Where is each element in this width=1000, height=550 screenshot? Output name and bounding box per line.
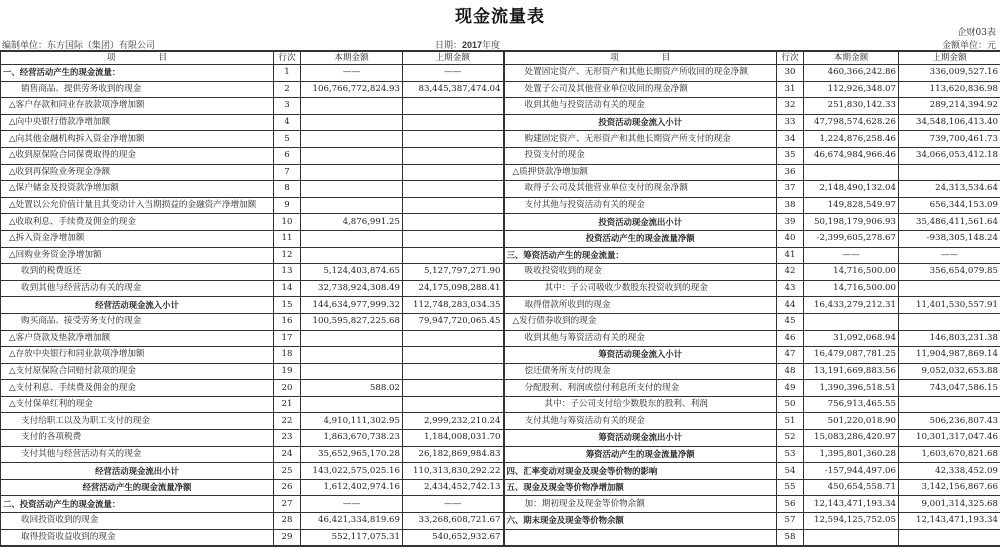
previous-amount: 5,127,797,271.90	[403, 264, 504, 281]
line-number: 10	[274, 214, 301, 231]
line-item-label: 支付其他与经营活动有关的现金	[1, 446, 274, 463]
line-number: 39	[777, 214, 804, 231]
table-row: △支付原保险合同赔付款项的现金19偿还债务所支付的现金4813,191,669,…	[1, 363, 1000, 380]
current-amount: -2,399,605,278.67	[804, 230, 899, 247]
previous-amount: 10,301,317,047.46	[899, 430, 1000, 447]
line-item-label: 支付其他与投资活动有关的现金	[504, 197, 777, 214]
table-row: △向中央银行借款净增加额4投资活动现金流入小计3347,798,574,628.…	[1, 114, 1000, 131]
table-body: 一、经营活动产生的现金流量：1————处置固定资产、无形资产和其他长期资产所收回…	[1, 65, 1000, 547]
line-item-label: 经营活动产生的现金流量净额	[1, 479, 274, 496]
line-item-label: 经营活动现金流入小计	[1, 297, 274, 314]
table-row: △存放中央银行和同业款项净增加额18筹资活动现金流入小计4716,479,087…	[1, 347, 1000, 364]
line-item-label: 处置固定资产、无形资产和其他长期资产所收回的现金净额	[504, 65, 777, 82]
previous-amount: 112,748,283,034.35	[403, 297, 504, 314]
previous-amount: ——	[403, 65, 504, 82]
current-amount: 1,863,670,738.23	[301, 430, 403, 447]
line-item-label: △收取利息、手续费及佣金的现金	[1, 214, 274, 231]
previous-amount	[403, 330, 504, 347]
line-item-label: △支付保单红利的现金	[1, 396, 274, 413]
current-amount: 112,926,348.07	[804, 81, 899, 98]
current-amount: 588.02	[301, 380, 403, 397]
current-amount: 46,674,984,966.46	[804, 147, 899, 164]
table-row: 支付其他与经营活动有关的现金2435,652,965,170.2826,182,…	[1, 446, 1000, 463]
current-amount: 106,766,772,824.93	[301, 81, 403, 98]
line-number: 14	[274, 280, 301, 297]
current-amount: 143,022,575,025.16	[301, 463, 403, 480]
line-item-label: 六、期末现金及现金等价物余额	[504, 513, 777, 530]
table-header-row: 项 目 行次 本期金额 上期金额 项 目 行次 本期金额 上期金额	[1, 51, 1000, 65]
current-amount: 100,595,827,225.68	[301, 313, 403, 330]
line-number: 48	[777, 363, 804, 380]
previous-amount: 2,999,232,210.24	[403, 413, 504, 430]
previous-amount	[403, 131, 504, 148]
line-item-label: 经营活动现金流出小计	[1, 463, 274, 480]
line-number: 43	[777, 280, 804, 297]
current-amount: 552,117,075.31	[301, 529, 403, 546]
line-item-label: 收回投资收到的现金	[1, 513, 274, 530]
current-amount: 251,830,142.33	[804, 98, 899, 115]
line-number: 7	[274, 164, 301, 181]
table-row: 购买商品、接受劳务支付的现金16100,595,827,225.6879,947…	[1, 313, 1000, 330]
previous-amount: 1,603,670,821.68	[899, 446, 1000, 463]
previous-amount	[403, 98, 504, 115]
table-row: 销售商品、提供劳务收到的现金2106,766,772,824.9383,445,…	[1, 81, 1000, 98]
current-amount	[804, 313, 899, 330]
current-amount: 14,716,500.00	[804, 280, 899, 297]
current-amount: 460,366,242.86	[804, 65, 899, 82]
previous-amount: 656,344,153.09	[899, 197, 1000, 214]
current-amount: 149,828,549.97	[804, 197, 899, 214]
line-item-label: △客户贷款及垫款净增加额	[1, 330, 274, 347]
line-number: 28	[274, 513, 301, 530]
current-amount: 14,716,500.00	[804, 264, 899, 281]
current-amount: 15,083,286,420.97	[804, 430, 899, 447]
line-number: 13	[274, 264, 301, 281]
col-header-current: 本期金额	[804, 51, 899, 65]
line-number: 51	[777, 413, 804, 430]
current-amount: 501,220,018.90	[804, 413, 899, 430]
current-amount: 31,092,068.94	[804, 330, 899, 347]
table-row: 一、经营活动产生的现金流量：1————处置固定资产、无形资产和其他长期资产所收回…	[1, 65, 1000, 82]
line-item-label: 吸收投资收到的现金	[504, 264, 777, 281]
line-number: 21	[274, 396, 301, 413]
line-number: 31	[777, 81, 804, 98]
line-number: 2	[274, 81, 301, 98]
line-item-label: 其中：子公司支付给少数股东的股利、利润	[504, 396, 777, 413]
line-item-label: △回购业务资金净增加额	[1, 247, 274, 264]
line-number: 55	[777, 479, 804, 496]
table-row: 收回投资收到的现金2846,421,334,819.6933,268,608,7…	[1, 513, 1000, 530]
line-item-label: 分配股利、利润或偿付利息所支付的现金	[504, 380, 777, 397]
line-number: 32	[777, 98, 804, 115]
line-number: 30	[777, 65, 804, 82]
date-year: 2017	[462, 40, 482, 50]
report-title: 现金流量表	[0, 2, 1000, 27]
line-number: 46	[777, 330, 804, 347]
line-item-label: 支付给职工以及为职工支付的现金	[1, 413, 274, 430]
previous-amount: 11,401,530,557.91	[899, 297, 1000, 314]
line-item-label: 加：期初现金及现金等价物余额	[504, 496, 777, 513]
line-item-label: 五、现金及现金等价物净增加额	[504, 479, 777, 496]
line-item-label: 收到其他与筹资活动有关的现金	[504, 330, 777, 347]
previous-amount: 506,236,807.43	[899, 413, 1000, 430]
line-item-label: △质押贷款净增加额	[504, 164, 777, 181]
previous-amount: 42,338,452.09	[899, 463, 1000, 480]
previous-amount	[403, 181, 504, 198]
line-item-label: △收到原保险合同保费取得的现金	[1, 147, 274, 164]
line-number: 56	[777, 496, 804, 513]
previous-amount: 739,700,461.73	[899, 131, 1000, 148]
col-header-row-no: 行次	[777, 51, 804, 65]
line-item-label: 支付的各项税费	[1, 430, 274, 447]
previous-amount	[403, 396, 504, 413]
current-amount	[301, 181, 403, 198]
line-number: 1	[274, 65, 301, 82]
line-number: 8	[274, 181, 301, 198]
line-item-label: 收到其他与投资活动有关的现金	[504, 98, 777, 115]
line-number: 27	[274, 496, 301, 513]
current-amount	[301, 347, 403, 364]
line-number: 47	[777, 347, 804, 364]
current-amount: ——	[804, 247, 899, 264]
previous-amount	[899, 164, 1000, 181]
line-number: 17	[274, 330, 301, 347]
col-header-current: 本期金额	[301, 51, 403, 65]
current-amount: -157,944,497.06	[804, 463, 899, 480]
current-amount: 1,224,876,258.46	[804, 131, 899, 148]
current-amount	[301, 330, 403, 347]
line-item-label: △存放中央银行和同业款项净增加额	[1, 347, 274, 364]
line-number: 34	[777, 131, 804, 148]
previous-amount	[403, 114, 504, 131]
line-item-label	[504, 529, 777, 546]
line-number: 11	[274, 230, 301, 247]
line-item-label: △支付利息、手续费及佣金的现金	[1, 380, 274, 397]
table-row: 收到的税费返还135,124,403,874.655,127,797,271.9…	[1, 264, 1000, 281]
previous-amount: 35,486,411,561.64	[899, 214, 1000, 231]
line-number: 44	[777, 297, 804, 314]
line-item-label: 投资活动现金流出小计	[504, 214, 777, 231]
line-number: 22	[274, 413, 301, 430]
previous-amount	[899, 529, 1000, 546]
previous-amount	[403, 230, 504, 247]
table-row: △拆入资金净增加额11投资活动产生的现金流量净额40-2,399,605,278…	[1, 230, 1000, 247]
line-item-label: 购买商品、接受劳务支付的现金	[1, 313, 274, 330]
previous-amount	[403, 164, 504, 181]
line-number: 16	[274, 313, 301, 330]
line-item-label: 四、汇率变动对现金及现金等价物的影响	[504, 463, 777, 480]
line-item-label: 二、投资活动产生的现金流量：	[1, 496, 274, 513]
current-amount: 50,198,179,906.93	[804, 214, 899, 231]
line-number: 3	[274, 98, 301, 115]
table-row: △保户储金及投资款净增加额8取得子公司及其他营业单位支付的现金净额372,148…	[1, 181, 1000, 198]
col-header-previous: 上期金额	[899, 51, 1000, 65]
current-amount: 16,433,279,212.31	[804, 297, 899, 314]
line-item-label: 收到的税费返还	[1, 264, 274, 281]
table-row: △收到原保险合同保费取得的现金6投资支付的现金3546,674,984,966.…	[1, 147, 1000, 164]
line-item-label: 投资支付的现金	[504, 147, 777, 164]
previous-amount	[403, 247, 504, 264]
previous-amount: 336,009,527.16	[899, 65, 1000, 82]
previous-amount: 26,182,869,984.83	[403, 446, 504, 463]
table-row: 经营活动现金流入小计15144,634,977,999.32112,748,28…	[1, 297, 1000, 314]
line-item-label: 取得投资收益收到的现金	[1, 529, 274, 546]
line-number: 37	[777, 181, 804, 198]
current-amount: 4,876,991.25	[301, 214, 403, 231]
current-amount: 16,479,087,781.25	[804, 347, 899, 364]
previous-amount: 743,047,586.15	[899, 380, 1000, 397]
current-amount	[301, 114, 403, 131]
line-item-label: 收到其他与经营活动有关的现金	[1, 280, 274, 297]
line-number: 45	[777, 313, 804, 330]
line-number: 19	[274, 363, 301, 380]
previous-amount: -938,305,148.24	[899, 230, 1000, 247]
line-number: 6	[274, 147, 301, 164]
report-meta: 编制单位：东方国际（集团）有限公司 日期：2017年度 金额单位：元	[0, 38, 1000, 50]
line-item-label: △保户储金及投资款净增加额	[1, 181, 274, 198]
previous-amount: 24,313,534.64	[899, 181, 1000, 198]
form-number: 企财03表	[958, 25, 996, 38]
previous-amount: 9,052,032,653.88	[899, 363, 1000, 380]
col-header-item: 项 目	[504, 51, 777, 65]
table-row: 支付的各项税费231,863,670,738.231,184,008,031.7…	[1, 430, 1000, 447]
line-number: 38	[777, 197, 804, 214]
line-item-label: △支付原保险合同赔付款项的现金	[1, 363, 274, 380]
current-amount: 46,421,334,819.69	[301, 513, 403, 530]
line-item-label: 取得借款所收到的现金	[504, 297, 777, 314]
previous-amount: 2,434,452,742.13	[403, 479, 504, 496]
line-number: 41	[777, 247, 804, 264]
line-item-label: △客户存款和同业存放款项净增加额	[1, 98, 274, 115]
current-amount: 2,148,490,132.04	[804, 181, 899, 198]
line-item-label: 取得子公司及其他营业单位支付的现金净额	[504, 181, 777, 198]
line-item-label: 一、经营活动产生的现金流量：	[1, 65, 274, 82]
line-number: 35	[777, 147, 804, 164]
previous-amount: ——	[403, 496, 504, 513]
table-row: △客户存款和同业存放款项净增加额3收到其他与投资活动有关的现金32251,830…	[1, 98, 1000, 115]
col-header-previous: 上期金额	[403, 51, 504, 65]
cash-flow-table: 项 目 行次 本期金额 上期金额 项 目 行次 本期金额 上期金额 一、经营活动…	[0, 50, 1000, 547]
previous-amount: 113,620,836.98	[899, 81, 1000, 98]
current-amount: 47,798,574,628.26	[804, 114, 899, 131]
previous-amount: 3,142,156,867.66	[899, 479, 1000, 496]
table-row: △客户贷款及垫款净增加额17收到其他与筹资活动有关的现金4631,092,068…	[1, 330, 1000, 347]
previous-amount	[403, 214, 504, 231]
current-amount: 4,910,111,302.95	[301, 413, 403, 430]
line-item-label: 筹资活动现金流出小计	[504, 430, 777, 447]
previous-amount	[403, 197, 504, 214]
line-number: 12	[274, 247, 301, 264]
line-item-label: 购建固定资产、无形资产和其他长期资产所支付的现金	[504, 131, 777, 148]
line-item-label: △向其他金融机构拆入资金净增加额	[1, 131, 274, 148]
table-row: 经营活动现金流出小计25143,022,575,025.16110,313,83…	[1, 463, 1000, 480]
table-row: △支付利息、手续费及佣金的现金20588.02分配股利、利润或偿付利息所支付的现…	[1, 380, 1000, 397]
previous-amount: ——	[899, 247, 1000, 264]
current-amount	[804, 529, 899, 546]
previous-amount	[899, 313, 1000, 330]
table-row: △向其他金融机构拆入资金净增加额5购建固定资产、无形资产和其他长期资产所支付的现…	[1, 131, 1000, 148]
previous-amount: 83,445,387,474.04	[403, 81, 504, 98]
line-number: 33	[777, 114, 804, 131]
line-item-label: 投资活动现金流入小计	[504, 114, 777, 131]
current-amount: 12,594,125,752.05	[804, 513, 899, 530]
line-number: 36	[777, 164, 804, 181]
table-row: △收到再保险业务现金净额7△质押贷款净增加额36	[1, 164, 1000, 181]
previous-amount	[899, 280, 1000, 297]
table-row: 经营活动产生的现金流量净额261,612,402,974.162,434,452…	[1, 479, 1000, 496]
table-row: 二、投资活动产生的现金流量：27————加：期初现金及现金等价物余额5612,1…	[1, 496, 1000, 513]
previous-amount: 11,904,987,869.14	[899, 347, 1000, 364]
table-row: △支付保单红利的现金21其中：子公司支付给少数股东的股利、利润50756,913…	[1, 396, 1000, 413]
current-amount	[301, 230, 403, 247]
line-item-label: 筹资活动现金流入小计	[504, 347, 777, 364]
table-row: 收到其他与经营活动有关的现金1432,738,924,308.4924,175,…	[1, 280, 1000, 297]
line-item-label: 偿还债务所支付的现金	[504, 363, 777, 380]
col-header-item: 项 目	[1, 51, 274, 65]
line-number: 20	[274, 380, 301, 397]
previous-amount: 9,001,314,325.68	[899, 496, 1000, 513]
line-item-label: △拆入资金净增加额	[1, 230, 274, 247]
line-number: 50	[777, 396, 804, 413]
line-item-label: △向中央银行借款净增加额	[1, 114, 274, 131]
line-number: 57	[777, 513, 804, 530]
previous-amount: 110,313,830,292.22	[403, 463, 504, 480]
previous-amount	[899, 396, 1000, 413]
line-number: 18	[274, 347, 301, 364]
previous-amount	[403, 347, 504, 364]
line-item-label: 销售商品、提供劳务收到的现金	[1, 81, 274, 98]
line-number: 53	[777, 446, 804, 463]
line-number: 58	[777, 529, 804, 546]
current-amount	[301, 98, 403, 115]
current-amount: ——	[301, 65, 403, 82]
current-amount: 1,612,402,974.16	[301, 479, 403, 496]
line-number: 9	[274, 197, 301, 214]
line-number: 26	[274, 479, 301, 496]
table-row: 取得投资收益收到的现金29552,117,075.31540,652,932.6…	[1, 529, 1000, 546]
current-amount	[804, 164, 899, 181]
line-number: 15	[274, 297, 301, 314]
current-amount: 12,143,471,193.34	[804, 496, 899, 513]
line-number: 23	[274, 430, 301, 447]
line-number: 40	[777, 230, 804, 247]
line-item-label: 处置子公司及其他营业单位收回的现金净额	[504, 81, 777, 98]
current-amount: 5,124,403,874.65	[301, 264, 403, 281]
previous-amount: 540,652,932.67	[403, 529, 504, 546]
table-row: △收取利息、手续费及佣金的现金104,876,991.25投资活动现金流出小计3…	[1, 214, 1000, 231]
current-amount: 144,634,977,999.32	[301, 297, 403, 314]
line-item-label: △发行债券收到的现金	[504, 313, 777, 330]
line-number: 29	[274, 529, 301, 546]
previous-amount: 33,268,608,721.67	[403, 513, 504, 530]
table-row: △回购业务资金净增加额12三、筹资活动产生的现金流量：41————	[1, 247, 1000, 264]
line-number: 5	[274, 131, 301, 148]
previous-amount: 1,184,008,031.70	[403, 430, 504, 447]
line-number: 4	[274, 114, 301, 131]
table-row: △处置以公允价值计量且其变动计入当期损益的金融资产净增加额9支付其他与投资活动有…	[1, 197, 1000, 214]
current-amount: 13,191,669,883.56	[804, 363, 899, 380]
previous-amount: 34,548,106,413.40	[899, 114, 1000, 131]
line-item-label: △处置以公允价值计量且其变动计入当期损益的金融资产净增加额	[1, 197, 274, 214]
current-amount	[301, 197, 403, 214]
line-number: 25	[274, 463, 301, 480]
current-amount: 756,913,465.55	[804, 396, 899, 413]
previous-amount: 79,947,720,065.45	[403, 313, 504, 330]
current-amount	[301, 396, 403, 413]
current-amount: 1,390,396,518.51	[804, 380, 899, 397]
line-number: 24	[274, 446, 301, 463]
current-amount: 32,738,924,308.49	[301, 280, 403, 297]
previous-amount: 146,803,231.38	[899, 330, 1000, 347]
current-amount	[301, 164, 403, 181]
line-item-label: 筹资活动产生的现金流量净额	[504, 446, 777, 463]
line-item-label: 投资活动产生的现金流量净额	[504, 230, 777, 247]
previous-amount: 289,214,394.92	[899, 98, 1000, 115]
current-amount: ——	[301, 496, 403, 513]
current-amount: 1,395,801,360.28	[804, 446, 899, 463]
current-amount	[301, 147, 403, 164]
table-row: 支付给职工以及为职工支付的现金224,910,111,302.952,999,2…	[1, 413, 1000, 430]
current-amount	[301, 131, 403, 148]
previous-amount: 34,066,053,412.18	[899, 147, 1000, 164]
previous-amount: 356,654,079.85	[899, 264, 1000, 281]
previous-amount: 24,175,098,288.41	[403, 280, 504, 297]
previous-amount: 12,143,471,193.34	[899, 513, 1000, 530]
current-amount	[301, 247, 403, 264]
line-item-label: 支付其他与筹资活动有关的现金	[504, 413, 777, 430]
line-item-label: △收到再保险业务现金净额	[1, 164, 274, 181]
previous-amount	[403, 147, 504, 164]
line-number: 52	[777, 430, 804, 447]
line-item-label: 其中：子公司吸收少数股东投资收到的现金	[504, 280, 777, 297]
current-amount: 35,652,965,170.28	[301, 446, 403, 463]
line-number: 54	[777, 463, 804, 480]
previous-amount	[403, 380, 504, 397]
current-amount: 450,654,558.71	[804, 479, 899, 496]
line-number: 49	[777, 380, 804, 397]
col-header-row-no: 行次	[274, 51, 301, 65]
line-number: 42	[777, 264, 804, 281]
line-item-label: 三、筹资活动产生的现金流量：	[504, 247, 777, 264]
previous-amount	[403, 363, 504, 380]
current-amount	[301, 363, 403, 380]
